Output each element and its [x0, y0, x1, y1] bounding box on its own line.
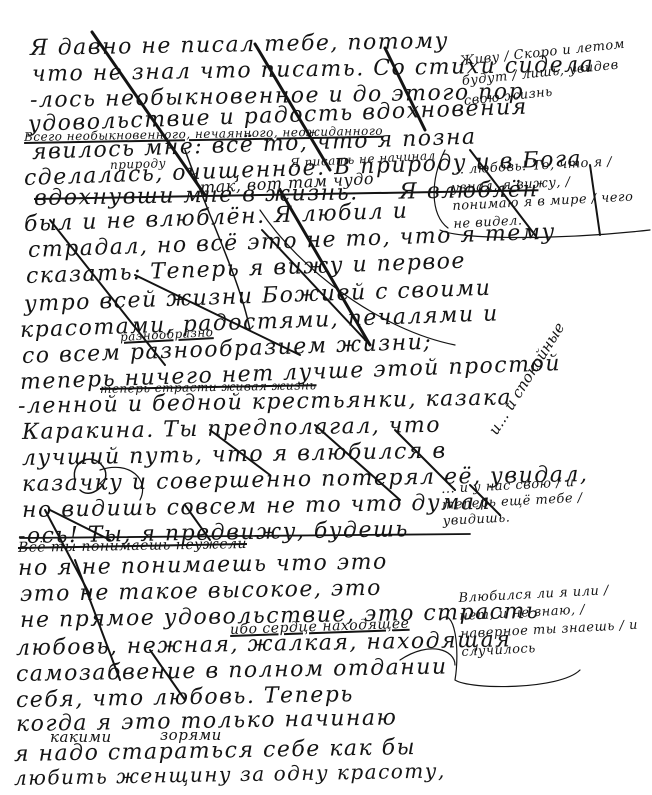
- margin-note-bottom-right: Влюбился ли я или / нет, и не знаю, / на…: [458, 581, 642, 662]
- margin-note-rotated: и... и спокойные: [485, 319, 569, 438]
- margin-note-top-right: Живу / Скоро и летом будут / лишь, увиде…: [459, 32, 652, 112]
- manuscript-page: Я давно не писал тебе, потому что не зна…: [0, 0, 652, 795]
- margin-note-boxed-right: ... любовь! То, что я / узнал, я вижу, /…: [450, 152, 644, 234]
- margin-note-lower-right: ... и у нас свою / и теперь ещё тебе / у…: [441, 473, 623, 530]
